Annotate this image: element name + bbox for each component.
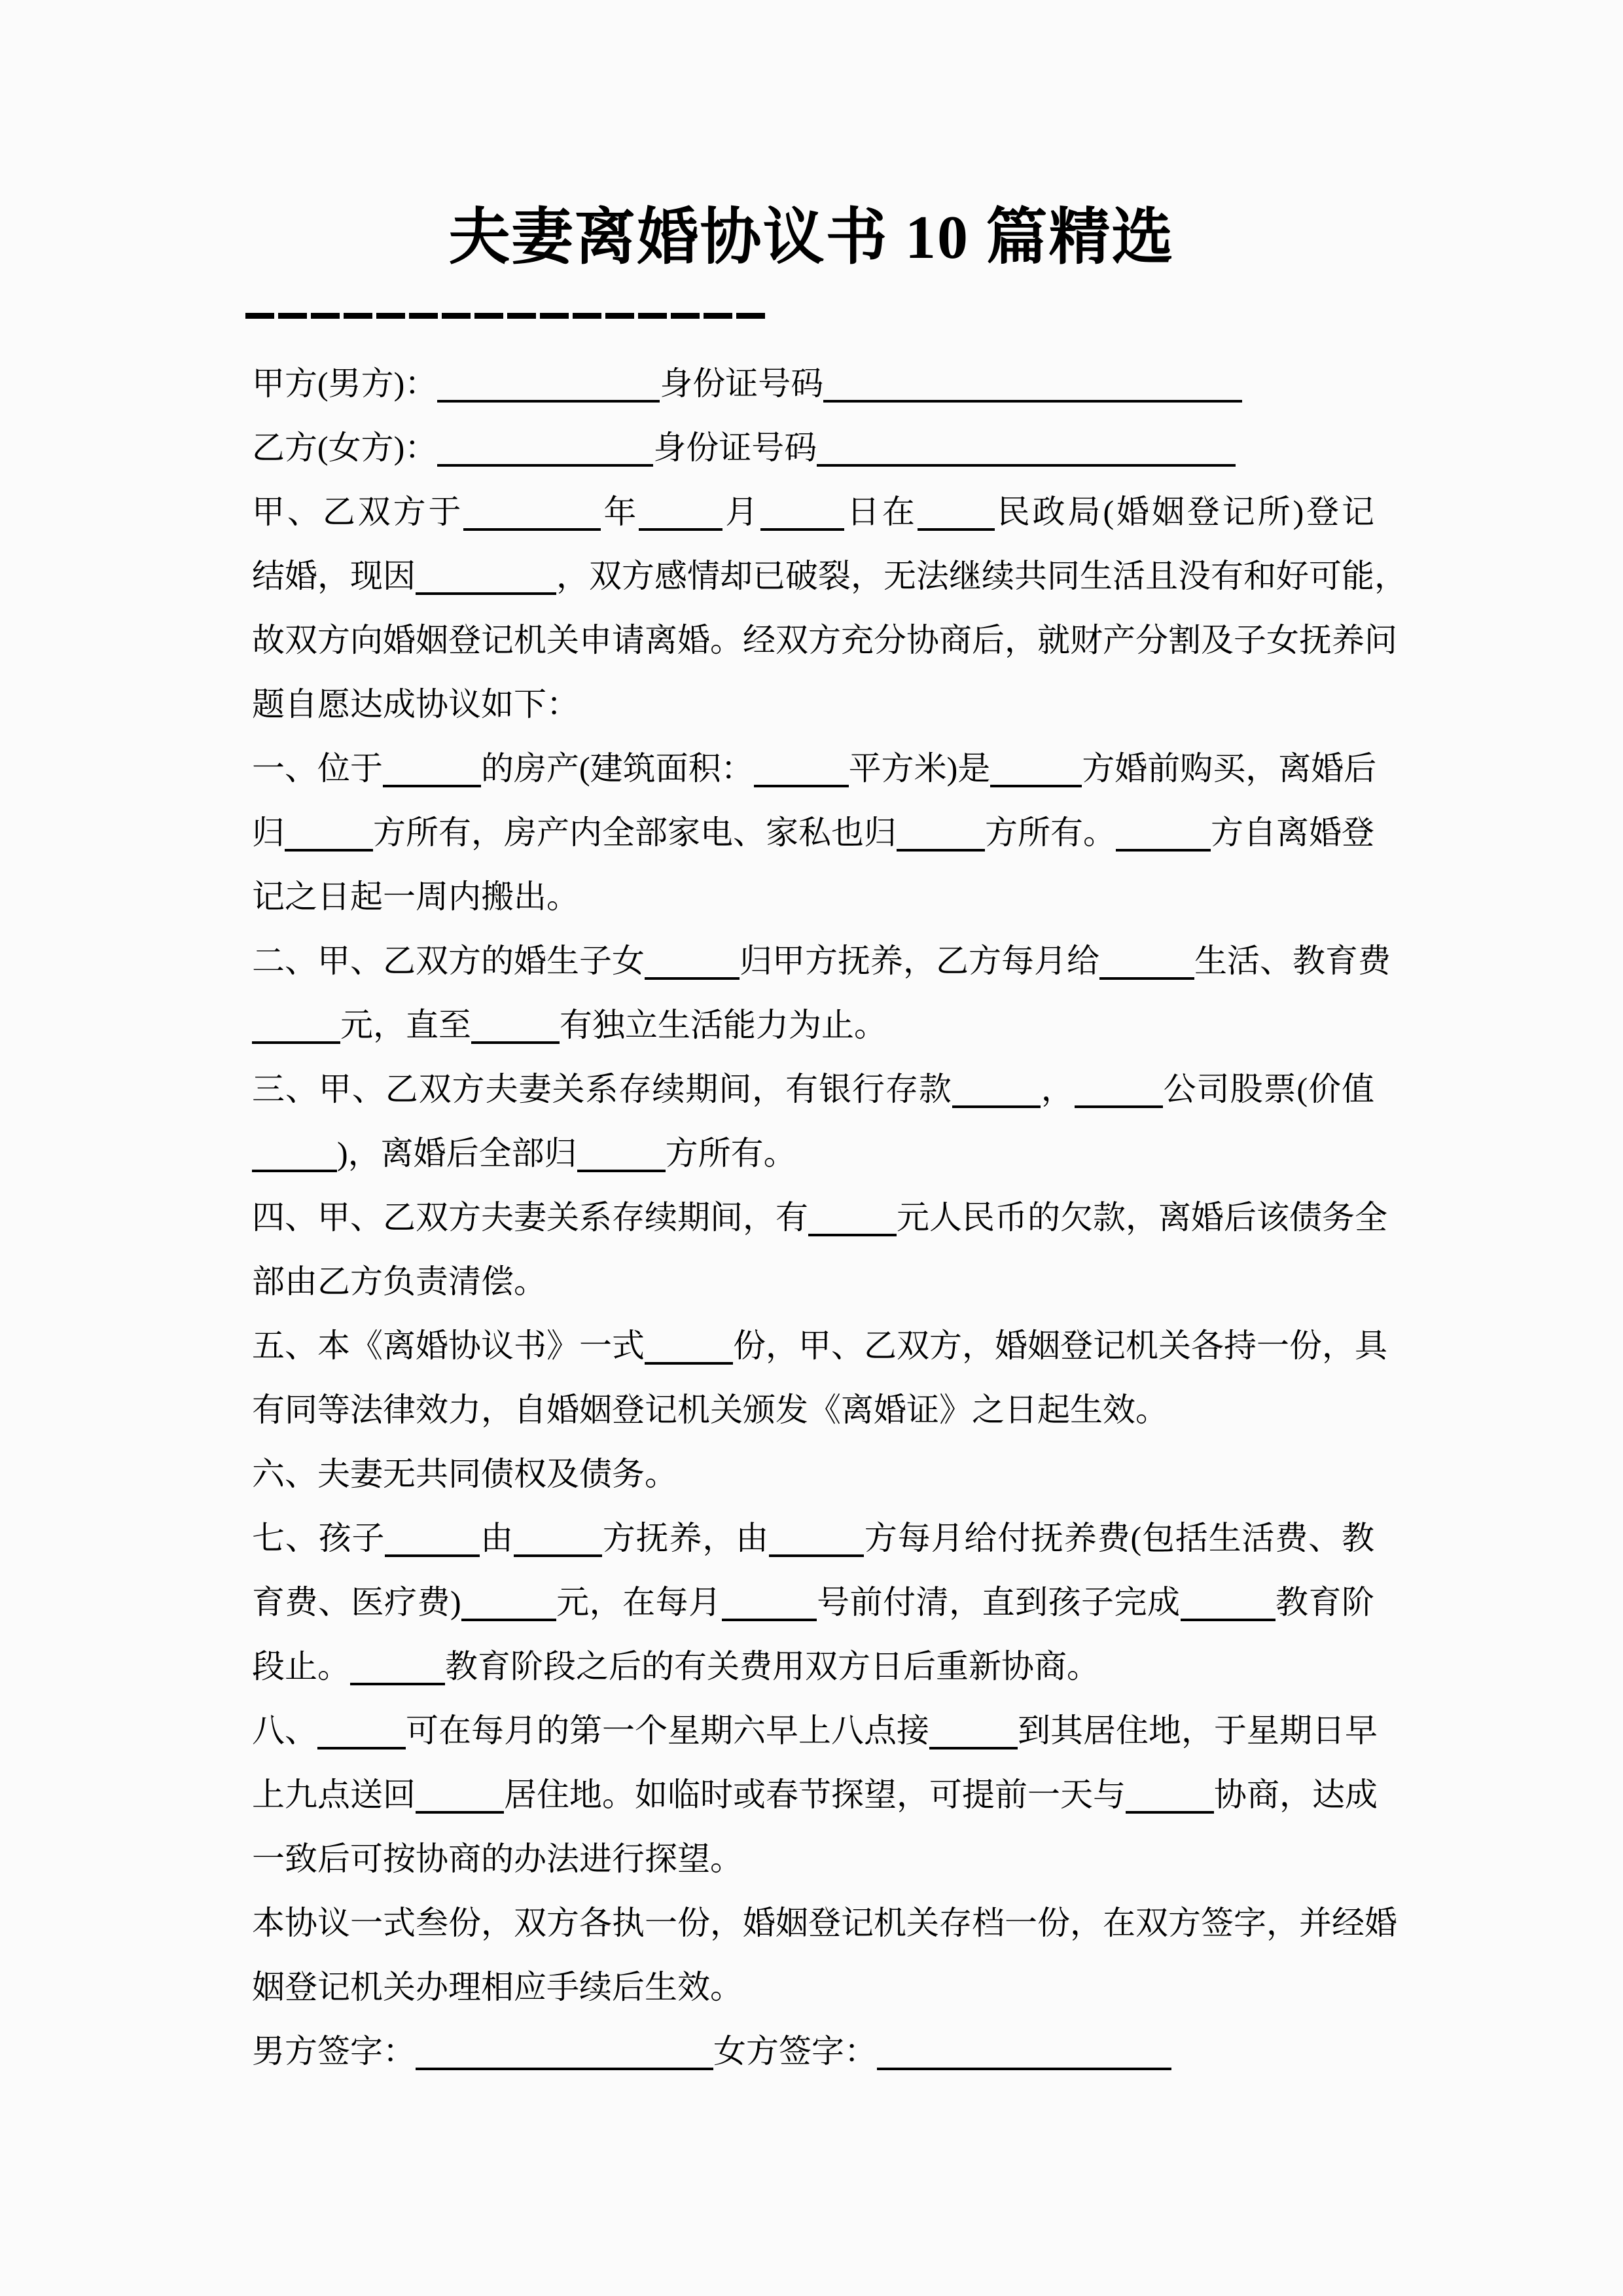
clause-3-line-1: 三、甲、乙双方夫妻关系存续期间，有银行存款，公司股票(价值 [252, 1057, 1374, 1121]
blank-field [577, 1147, 666, 1172]
line-text: 方自离婚登 [1211, 814, 1374, 851]
line-text: 由 [480, 1520, 514, 1556]
blank-field [1075, 1083, 1163, 1108]
line-text: 方抚养，由 [602, 1520, 769, 1556]
line-text: 份，甲、乙双方，婚姻登记机关各持一份，具 [733, 1327, 1387, 1364]
line-text: 可在每月的第一个星期六早上八点接 [406, 1712, 929, 1749]
blank-field [645, 1340, 733, 1365]
line-text: 有独立生活能力为止。 [560, 1007, 887, 1043]
line-text: 部由乙方负责清偿。 [252, 1263, 546, 1300]
line-text: 本协议一式叁份，双方各执一份，婚姻登记机关存档一份，在双方签字，并经婚 [252, 1905, 1397, 1941]
blank-field [877, 2045, 1171, 2070]
line-text: 女方签字： [713, 2033, 877, 2070]
document-title: 夫妻离婚协议书 10 篇精选 [0, 204, 1623, 272]
blank-field [416, 2045, 713, 2070]
line-text: 结婚，现因 [252, 558, 416, 594]
document-body: 甲方(男方)：身份证号码乙方(女方)：身份证号码甲、乙双方于年月日在民政局(婚姻… [252, 351, 1374, 2083]
blank-field [722, 1596, 817, 1621]
blank-field [1181, 1596, 1275, 1621]
clause-8-line-2: 上九点送回居住地。如临时或春节探望，可提前一天与协商，达成 [252, 1763, 1374, 1827]
line-text: 男方签字： [252, 2033, 416, 2070]
preamble-line-2: 题自愿达成协议如下： [252, 672, 1374, 736]
clause-1-line-1: 一、位于的房产(建筑面积：平方米)是方婚前购买，离婚后 [252, 736, 1374, 800]
line-text: 协商，达成 [1214, 1776, 1378, 1813]
line-text: 甲、乙双方于 [252, 493, 463, 530]
clause-3-line-2: )，离婚后全部归方所有。 [252, 1121, 1374, 1185]
blank-field [754, 762, 849, 787]
blank-field [808, 1211, 897, 1236]
line-text: 故双方向婚姻登记机关申请离婚。经双方充分协商后，就财产分割及子女抚养问 [252, 622, 1397, 658]
line-text: 方所有。 [666, 1135, 796, 1172]
line-text: 生活、教育费 [1194, 942, 1391, 979]
blank-field [437, 442, 653, 467]
clause-7-line-2: 育费、医疗费)元，在每月号前付清，直到孩子完成教育阶 [252, 1570, 1374, 1634]
blank-field [461, 1596, 556, 1621]
line-text: 日在 [844, 493, 918, 530]
clause-1-line-3: 记之日起一周内搬出。 [252, 865, 1374, 929]
blank-field [769, 1532, 864, 1557]
line-text: 六、夫妻无共同债权及债务。 [252, 1456, 677, 1492]
line-text: 姻登记机关办理相应手续后生效。 [252, 1969, 743, 2005]
blank-field [471, 1019, 560, 1044]
blank-field [990, 762, 1082, 787]
clause-8-line-3: 一致后可按协商的办法进行探望。 [252, 1827, 1374, 1891]
line-text: 四、甲、乙双方夫妻关系存续期间，有 [252, 1199, 808, 1236]
line-text: 教育阶段之后的有关费用双方日后重新协商。 [445, 1648, 1099, 1685]
blank-field [385, 1532, 480, 1557]
divider-line [245, 313, 767, 319]
line-text: 一、位于 [252, 750, 383, 787]
blank-field [639, 506, 722, 531]
blank-field [416, 570, 556, 595]
line-text: 元，在每月 [556, 1584, 722, 1621]
closing-line-1: 本协议一式叁份，双方各执一份，婚姻登记机关存档一份，在双方签字，并经婚 [252, 1891, 1374, 1955]
line-text: 方每月给付抚养费(包括生活费、教 [864, 1520, 1374, 1556]
party-b-line: 乙方(女方)：身份证号码 [252, 416, 1374, 480]
clause-2-line-1: 二、甲、乙双方的婚生子女归甲方抚养，乙方每月给生活、教育费 [252, 929, 1374, 993]
line-text: 方所有。 [985, 814, 1116, 851]
line-text: 身份证号码 [653, 429, 817, 466]
clause-5-line-1: 五、本《离婚协议书》一式份，甲、乙双方，婚姻登记机关各持一份，具 [252, 1314, 1374, 1378]
line-text: 到其居住地，于星期日早 [1018, 1712, 1378, 1749]
line-text: 育费、医疗费) [252, 1584, 461, 1621]
line-text: 记之日起一周内搬出。 [252, 878, 579, 915]
line-text: 月 [722, 493, 760, 530]
clause-7-line-3: 段止。教育阶段之后的有关费用双方日后重新协商。 [252, 1634, 1374, 1698]
blank-field [918, 506, 995, 531]
clause-6-line-1: 六、夫妻无共同债权及债务。 [252, 1442, 1374, 1506]
clause-5-line-2: 有同等法律效力，自婚姻登记机关颁发《离婚证》之日起生效。 [252, 1378, 1374, 1442]
clause-7-line-1: 七、孩子由方抚养，由方每月给付抚养费(包括生活费、教 [252, 1506, 1374, 1570]
line-text: 民政局(婚姻登记所)登记 [995, 493, 1374, 530]
line-text: 方所有，房产内全部家电、家私也归 [373, 814, 897, 851]
blank-field [252, 1147, 337, 1172]
line-text: 平方米)是 [849, 750, 991, 787]
blank-field [383, 762, 481, 787]
line-text: 年 [601, 493, 639, 530]
blank-field [350, 1660, 445, 1685]
line-text: 元，直至 [340, 1007, 471, 1043]
blank-field [823, 378, 1242, 403]
line-text: 归甲方抚养，乙方每月给 [740, 942, 1099, 979]
line-text: 五、本《离婚协议书》一式 [252, 1327, 645, 1364]
blank-field [645, 955, 740, 980]
line-text: 有同等法律效力，自婚姻登记机关颁发《离婚证》之日起生效。 [252, 1391, 1168, 1428]
blank-field [817, 442, 1236, 467]
line-text: 三、甲、乙双方夫妻关系存续期间，有银行存款 [252, 1071, 952, 1107]
clause-8-line-1: 八、可在每月的第一个星期六早上八点接到其居住地，于星期日早 [252, 1698, 1374, 1763]
clause-4-line-1: 四、甲、乙双方夫妻关系存续期间，有元人民币的欠款，离婚后该债务全 [252, 1185, 1374, 1249]
line-text: 乙方(女方)： [252, 429, 437, 466]
line-text: 教育阶 [1275, 1584, 1374, 1621]
line-text: )，离婚后全部归 [337, 1135, 577, 1172]
line-text: 一致后可按协商的办法进行探望。 [252, 1840, 743, 1877]
line-text: ， [1041, 1071, 1075, 1107]
line-text: 居住地。如临时或春节探望，可提前一天与 [504, 1776, 1126, 1813]
blank-field [416, 1789, 504, 1814]
document-page: 夫妻离婚协议书 10 篇精选 甲方(男方)：身份证号码乙方(女方)：身份证号码甲… [0, 0, 1623, 2296]
line-text: 八、 [252, 1712, 317, 1749]
closing-line-2: 姻登记机关办理相应手续后生效。 [252, 1955, 1374, 2019]
preamble-line-1: 故双方向婚姻登记机关申请离婚。经双方充分协商后，就财产分割及子女抚养问 [252, 608, 1374, 672]
clause-2-line-2: 元，直至有独立生活能力为止。 [252, 993, 1374, 1057]
blank-field [285, 827, 373, 852]
clause-4-line-2: 部由乙方负责清偿。 [252, 1249, 1374, 1314]
line-text: 身份证号码 [660, 365, 823, 402]
blank-field [1116, 827, 1211, 852]
line-text: 公司股票(价值 [1163, 1071, 1374, 1107]
line-text: 七、孩子 [252, 1520, 385, 1556]
line-text: 号前付清，直到孩子完成 [817, 1584, 1181, 1621]
line-text: 方婚前购买，离婚后 [1082, 750, 1376, 787]
line-text: 段止。 [252, 1648, 350, 1685]
blank-field [897, 827, 985, 852]
blank-field [1126, 1789, 1214, 1814]
blank-field [437, 378, 660, 403]
signature-line: 男方签字：女方签字： [252, 2019, 1374, 2083]
blank-field [1099, 955, 1194, 980]
blank-field [252, 1019, 340, 1044]
line-text: 上九点送回 [252, 1776, 416, 1813]
blank-field [929, 1725, 1018, 1749]
line-text: 二、甲、乙双方的婚生子女 [252, 942, 645, 979]
blank-field [317, 1725, 406, 1749]
line-text: 甲方(男方)： [252, 365, 437, 402]
line-text: 归 [252, 814, 285, 851]
line-text: 元人民币的欠款，离婚后该债务全 [897, 1199, 1387, 1236]
blank-field [514, 1532, 602, 1557]
line-text: 题自愿达成协议如下： [252, 686, 579, 723]
blank-field [760, 506, 844, 531]
registration-line: 甲、乙双方于年月日在民政局(婚姻登记所)登记 [252, 480, 1374, 544]
blank-field [952, 1083, 1041, 1108]
line-text: 的房产(建筑面积： [481, 750, 754, 787]
line-text: ，双方感情却已破裂，无法继续共同生活且没有和好可能， [556, 558, 1407, 594]
clause-1-line-2: 归方所有，房产内全部家电、家私也归方所有。方自离婚登 [252, 800, 1374, 865]
blank-field [463, 506, 601, 531]
reason-line: 结婚，现因，双方感情却已破裂，无法继续共同生活且没有和好可能， [252, 544, 1374, 608]
party-a-line: 甲方(男方)：身份证号码 [252, 351, 1374, 416]
